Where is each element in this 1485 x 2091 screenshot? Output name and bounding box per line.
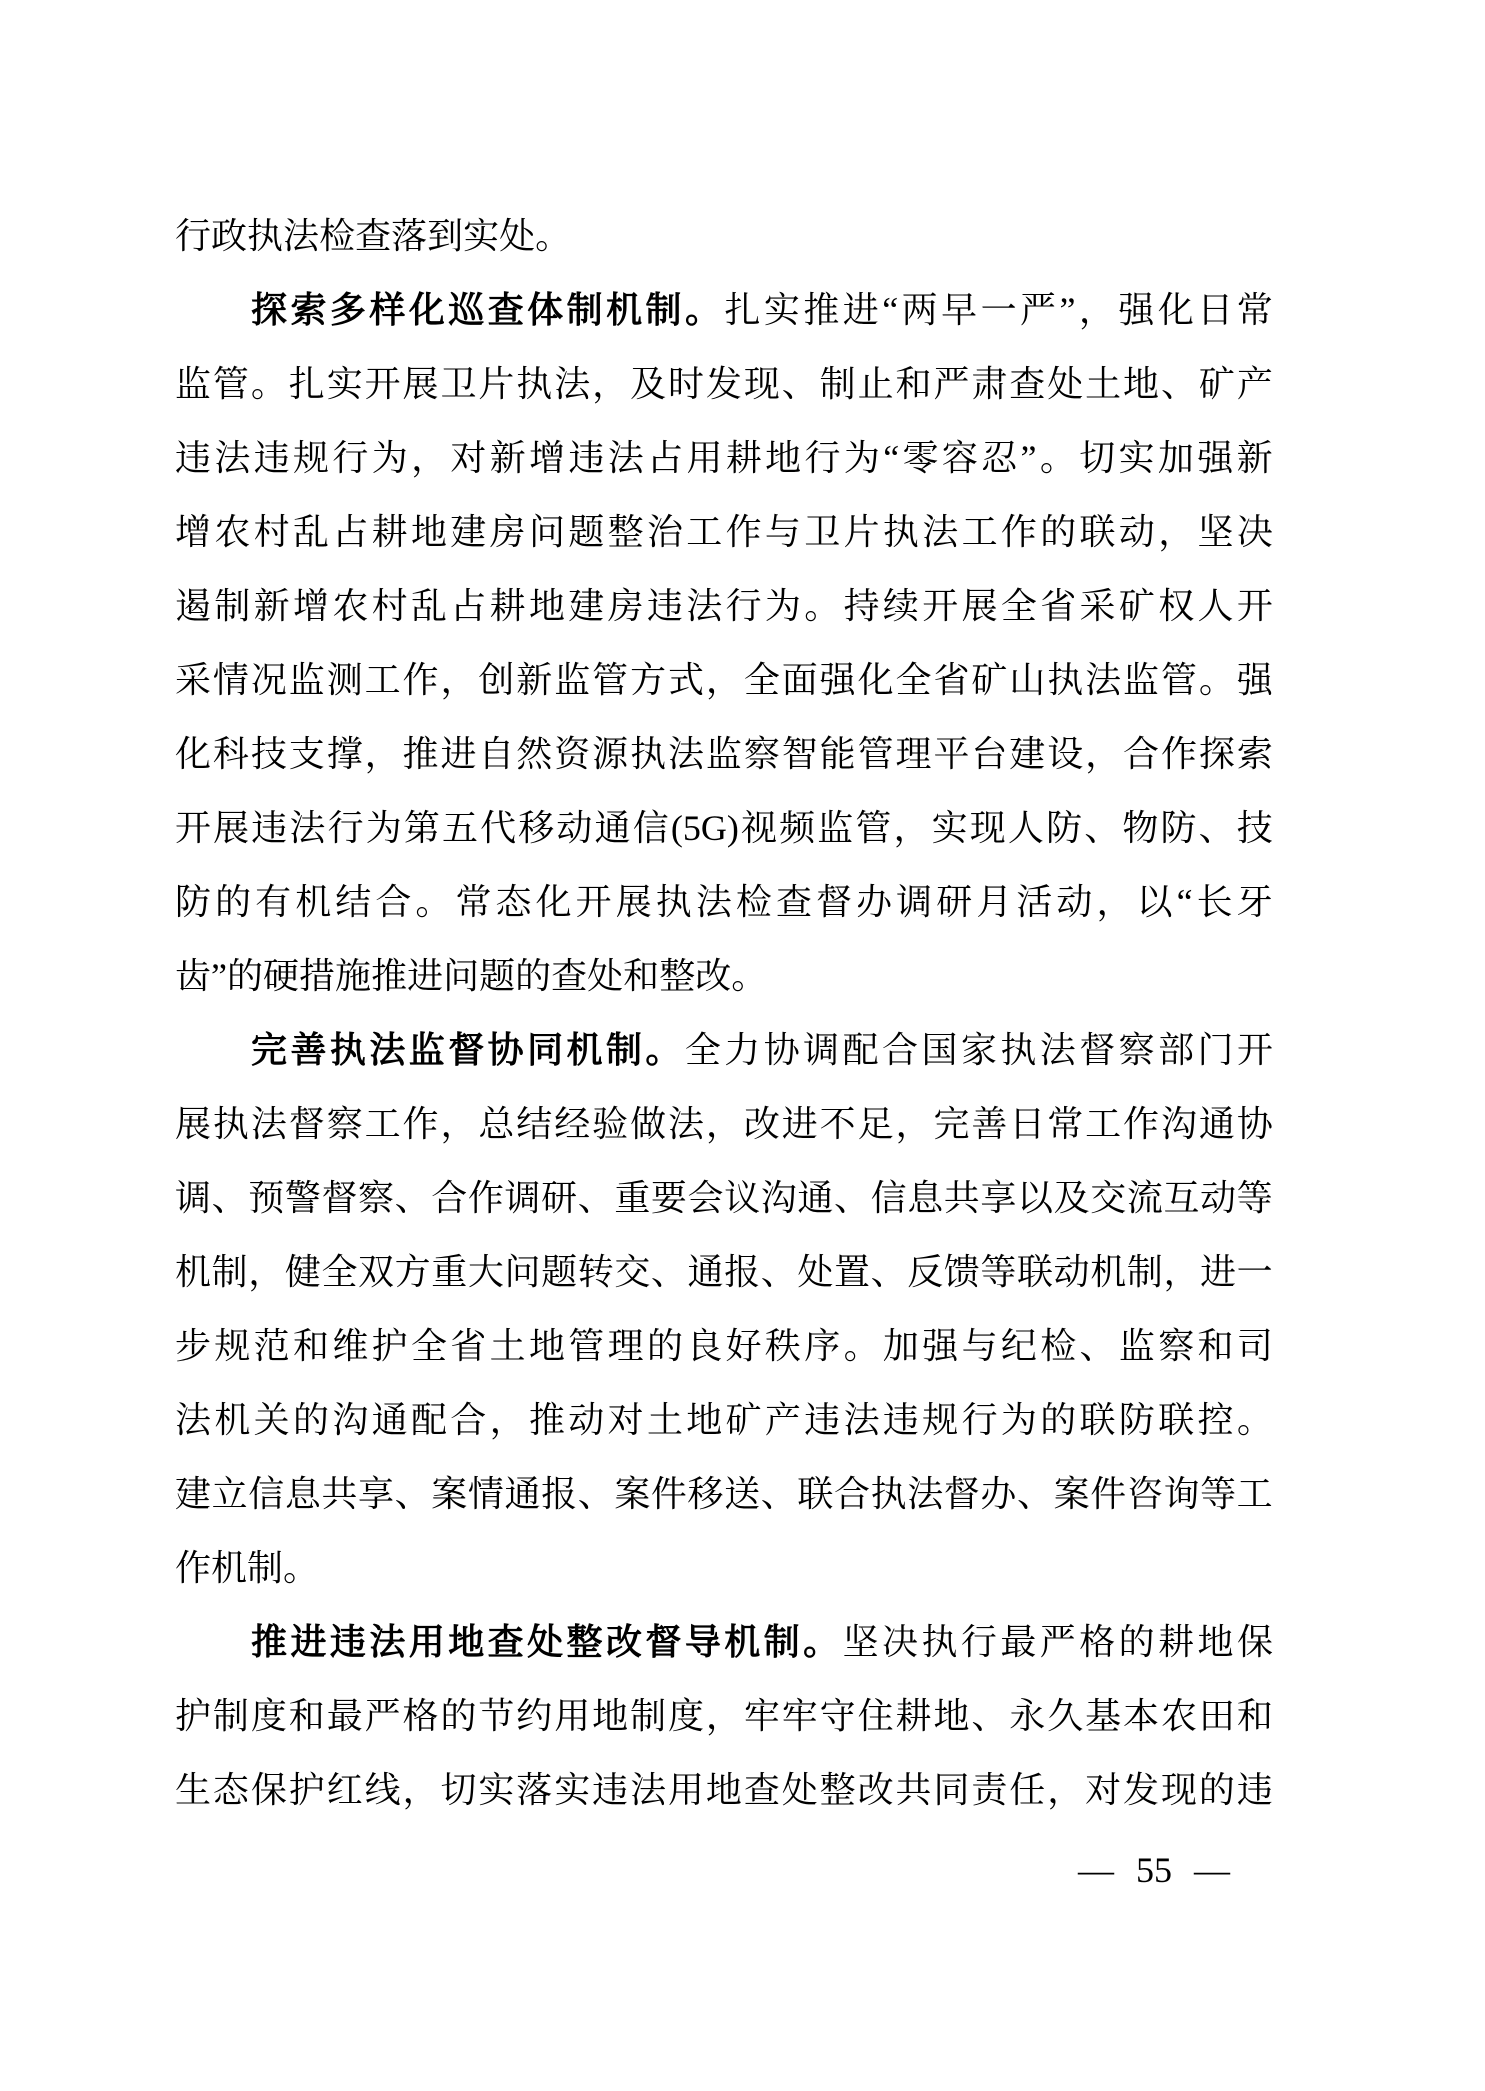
paragraph-lead-text: 处 [527, 1605, 563, 1679]
body-text: 作 [1161, 717, 1197, 791]
paragraph-lead-text: 监 [409, 1013, 445, 1087]
body-text: 全 [744, 643, 780, 717]
paragraph-lead-text: 同 [527, 1013, 563, 1087]
body-text: 通 [1199, 1087, 1235, 1161]
body-text: 住 [858, 1679, 894, 1753]
body-text: 采 [175, 643, 211, 717]
body-text: 执 [630, 717, 666, 791]
body-text: 督 [321, 1161, 357, 1235]
body-text: 展 [962, 569, 998, 643]
body-text: 察 [1158, 1309, 1194, 1383]
body-text: 严 [1040, 1605, 1076, 1679]
body-text: 况 [251, 643, 287, 717]
body-text: 报 [724, 1235, 760, 1309]
body-text: 展 [213, 791, 249, 865]
body-text: 方 [630, 643, 666, 717]
body-text: 题 [479, 939, 515, 1013]
body-text: 移 [688, 1457, 724, 1531]
body-text: 和 [896, 347, 932, 421]
body-text: 田 [1199, 1679, 1235, 1753]
body-text: 为 [366, 791, 402, 865]
body-text: 物 [1122, 791, 1158, 865]
body-text: 以 [1017, 1161, 1053, 1235]
body-text: 实 [554, 1753, 590, 1827]
body-text: “ [883, 421, 899, 495]
body-text: 齿 [175, 939, 211, 1013]
body-text: 关 [254, 1383, 290, 1457]
body-text: 线 [365, 1753, 401, 1827]
body-text: 享 [980, 1161, 1016, 1235]
body-text: 展 [175, 1087, 211, 1161]
body-text: 政 [211, 199, 247, 273]
body-text: 开 [365, 347, 401, 421]
text-line: 遏制新增农村乱占耕地建房违法行为。持续开展全省采矿权人开 [175, 569, 1273, 643]
body-text: 作 [403, 643, 439, 717]
body-text: 违 [1237, 1753, 1273, 1827]
body-text: 严 [933, 347, 969, 421]
body-text: 加 [1158, 421, 1194, 495]
paragraph-lead-text: 整 [567, 1605, 603, 1679]
body-text: 实 [764, 273, 800, 347]
body-text: 地 [706, 1753, 742, 1827]
text-line: 生态保护红线，切实落实违法用地查处整改共同责任，对发现的违 [175, 1753, 1273, 1827]
body-text: 、 [971, 1679, 1007, 1753]
body-text: 、 [782, 347, 818, 421]
body-text: 以 [1137, 865, 1173, 939]
body-text: 联 [1017, 1235, 1053, 1309]
body-text: 处 [1047, 347, 1083, 421]
body-text: 交 [1090, 1161, 1126, 1235]
body-text: “ [1177, 865, 1193, 939]
body-text: 。 [1040, 421, 1076, 495]
body-text: 重 [614, 1161, 650, 1235]
text-line: 建立信息共享、案情通报、案件移送、联合执法督办、案件咨询等工 [175, 1457, 1273, 1531]
body-text: 督 [944, 1457, 980, 1531]
body-text: 度 [668, 1679, 704, 1753]
body-text: 信 [633, 791, 669, 865]
paragraph-lead-text: 地 [448, 1605, 484, 1679]
body-text: 力 [724, 1013, 760, 1087]
body-text: 强 [820, 643, 856, 717]
body-text: 落 [516, 1753, 552, 1827]
body-text: 机 [175, 1235, 211, 1309]
body-text: 探 [1199, 717, 1235, 791]
body-text: 合 [375, 865, 411, 939]
body-text: 决 [882, 1605, 918, 1679]
body-text: 工 [365, 643, 401, 717]
body-text: 调 [504, 1161, 540, 1235]
body-text: 处 [499, 199, 535, 273]
body-text: 协 [1237, 1087, 1273, 1161]
body-text: 化 [1158, 273, 1194, 347]
body-text: 执 [213, 1087, 249, 1161]
body-text: 到 [427, 199, 463, 273]
body-text: ” [211, 939, 227, 1013]
body-text: 法 [696, 865, 732, 939]
paragraph-lead-text: 执 [330, 1013, 366, 1087]
body-text: 基 [1085, 1679, 1121, 1753]
text-line: 推进违法用地查处整改督导机制。坚决执行最严格的耕地保 [175, 1605, 1273, 1679]
body-text: “ [882, 273, 898, 347]
body-text: 处 [587, 939, 623, 1013]
body-text: 制 [630, 1679, 666, 1753]
body-text: 行 [332, 421, 368, 495]
body-text: 监 [1123, 643, 1159, 717]
text-line: 展执法督察工作，总结经验做法，改进不足，完善日常工作沟通协 [175, 1087, 1273, 1161]
text-line: 护制度和最严格的节约用地制度，牢牢守住耕地、永久基本农田和 [175, 1679, 1273, 1753]
body-text: 工 [686, 495, 722, 569]
body-text: 农 [332, 569, 368, 643]
body-text: 合 [1123, 717, 1159, 791]
body-text: 做 [630, 1087, 666, 1161]
body-text: 查 [776, 865, 812, 939]
paragraph-lead-text: 多 [330, 273, 366, 347]
body-text: 撑 [327, 717, 363, 791]
body-text: 作 [468, 1161, 504, 1235]
body-text: 法 [608, 421, 644, 495]
body-text: 矿 [971, 643, 1007, 717]
body-text: 度 [251, 1679, 287, 1753]
body-text: 作 [175, 1531, 211, 1605]
body-text: 制 [212, 1235, 248, 1309]
body-text: 司 [1237, 1309, 1273, 1383]
body-text: 违 [883, 1383, 919, 1457]
body-text: 动 [1200, 1161, 1236, 1235]
body-text: 零 [903, 421, 939, 495]
body-text: 息 [285, 1457, 321, 1531]
body-text: 件 [651, 1457, 687, 1531]
body-text: 。 [251, 347, 287, 421]
body-text: 检 [1040, 1309, 1076, 1383]
paragraph-lead-text: 体 [527, 273, 563, 347]
body-text: 对 [608, 1383, 644, 1457]
body-text: 执 [883, 495, 919, 569]
body-text: 耕 [1158, 1605, 1194, 1679]
body-text: 互 [1163, 1161, 1199, 1235]
body-text: 配 [843, 1013, 879, 1087]
body-text: 建 [450, 495, 486, 569]
body-text: 享 [358, 1457, 394, 1531]
body-text: 早 [941, 273, 977, 347]
body-text: 处 [797, 1235, 833, 1309]
body-text: 进 [440, 717, 476, 791]
body-text: 、 [871, 1235, 907, 1309]
paragraph-lead-text: 违 [330, 1605, 366, 1679]
body-text: ， [440, 1087, 476, 1161]
body-text: 防 [175, 865, 211, 939]
body-text: 红 [327, 1753, 363, 1827]
body-text: 频 [779, 791, 815, 865]
body-text: ， [896, 1087, 932, 1161]
body-text: 管 [592, 643, 628, 717]
body-text: 违 [175, 421, 211, 495]
paragraph-lead-text: 完 [251, 1013, 287, 1087]
paragraph-lead-text: 化 [409, 273, 445, 347]
body-text: 产 [765, 1383, 801, 1457]
body-text: 制 [1127, 1235, 1163, 1309]
text-line: 机制，健全双方重大问题转交、通报、处置、反馈等联动机制，进一 [175, 1235, 1273, 1309]
body-text: 守 [820, 1679, 856, 1753]
body-text: 态 [213, 1753, 249, 1827]
text-line: 完善执法监督协同机制。全力协调配合国家执法督察部门开 [175, 1013, 1273, 1087]
body-text: 房 [490, 495, 526, 569]
body-text: 管 [858, 717, 894, 791]
body-text: 监 [175, 347, 211, 421]
body-text: 验 [592, 1087, 628, 1161]
body-text: 土 [490, 1309, 526, 1383]
body-text: 护 [175, 1679, 211, 1753]
body-text: 通 [595, 791, 631, 865]
text-line: 行政执法检查落到实处。 [175, 199, 1273, 273]
body-text: 部 [1158, 1013, 1194, 1087]
body-text: 案 [431, 1457, 467, 1531]
body-text: 序 [804, 1309, 840, 1383]
body-text: 矿 [1119, 569, 1155, 643]
body-text: 地 [1123, 347, 1159, 421]
body-text: ， [403, 1753, 439, 1827]
body-text: 法 [251, 1087, 287, 1161]
body-text: 全 [685, 1013, 721, 1087]
body-text: 、 [395, 1457, 431, 1531]
paragraph-lead-text: 查 [488, 1605, 524, 1679]
body-text: 、 [1017, 1457, 1053, 1531]
body-text: 实 [327, 347, 363, 421]
body-text: 土 [1085, 347, 1121, 421]
body-text: 生 [175, 1753, 211, 1827]
body-text: 件 [1090, 1457, 1126, 1531]
body-text: 联 [797, 1457, 833, 1531]
body-text: 严 [365, 1679, 401, 1753]
body-text: 工 [962, 495, 998, 569]
body-text: 议 [724, 1161, 760, 1235]
body-text: 的 [1199, 1753, 1235, 1827]
body-text: 置 [834, 1235, 870, 1309]
body-text: 范 [254, 1309, 290, 1383]
body-text: 情 [468, 1457, 504, 1531]
paragraph-lead-text: 制 [646, 273, 682, 347]
body-text: 防 [1046, 791, 1082, 865]
body-text: 措 [299, 939, 335, 1013]
body-text: 研 [541, 1161, 577, 1235]
body-text: 对 [1085, 1753, 1121, 1827]
paragraph-lead-text: 改 [606, 1605, 642, 1679]
body-text: 馈 [944, 1235, 980, 1309]
body-text: 技 [251, 717, 287, 791]
body-text: 合 [450, 1383, 486, 1457]
body-text: 开 [1237, 1013, 1273, 1087]
body-text: 察 [1119, 1013, 1155, 1087]
paragraph-lead-text: 机 [567, 1013, 603, 1087]
body-text: 沟 [761, 1161, 797, 1235]
body-text: 进 [1200, 1235, 1236, 1309]
body-text: 新 [490, 421, 526, 495]
body-text: 制 [820, 347, 856, 421]
body-text: 推 [529, 1383, 565, 1457]
body-text: 法 [1085, 643, 1121, 717]
body-text: 乱 [411, 569, 447, 643]
body-text: 现 [744, 347, 780, 421]
body-text: 人 [1198, 569, 1234, 643]
body-text: 、 [578, 1161, 614, 1235]
body-text: 监 [817, 791, 853, 865]
body-text: 整 [608, 495, 644, 569]
body-text: 查 [355, 199, 391, 273]
body-text: 新 [516, 643, 552, 717]
footer-dash-right: — [1194, 1849, 1230, 1891]
body-text: 督 [816, 865, 852, 939]
body-text: 工 [365, 1087, 401, 1161]
body-text: 农 [1161, 1679, 1197, 1753]
body-text: 省 [1040, 569, 1076, 643]
body-text: 违 [592, 1753, 628, 1827]
body-text: 两 [902, 273, 938, 347]
body-text: 督 [289, 1087, 325, 1161]
body-text: 和 [1198, 1309, 1234, 1383]
body-text: 违 [568, 421, 604, 495]
body-text: 沟 [332, 1383, 368, 1457]
body-text: 报 [541, 1457, 577, 1531]
body-text: 双 [358, 1235, 394, 1309]
body-text: 动 [1054, 1235, 1090, 1309]
body-text: 护 [289, 1753, 325, 1827]
body-text: 及 [630, 347, 666, 421]
body-text: 地 [529, 569, 565, 643]
body-text: 法 [283, 199, 319, 273]
body-text: 地 [592, 1679, 628, 1753]
body-text: 办 [980, 1457, 1016, 1531]
body-text: 。 [283, 1531, 319, 1605]
body-text: 持 [844, 569, 880, 643]
body-text: 监 [1119, 1309, 1155, 1383]
body-text: 实 [478, 1753, 514, 1827]
body-text: 法 [922, 495, 958, 569]
body-text: 的 [1040, 1383, 1076, 1457]
paragraph-lead-text: 机 [724, 1605, 760, 1679]
body-text: 通 [797, 1161, 833, 1235]
body-text: 等 [980, 1235, 1016, 1309]
body-text: 警 [285, 1161, 321, 1235]
body-text: 建 [1009, 717, 1045, 791]
body-text: 法 [175, 1383, 211, 1457]
body-text: 。 [1199, 643, 1235, 717]
body-text: 乱 [293, 495, 329, 569]
body-text: 法 [668, 1087, 704, 1161]
body-text: 改 [695, 939, 731, 1013]
body-text: 全 [321, 1235, 357, 1309]
body-text: 作 [726, 495, 762, 569]
body-text: ， [1085, 717, 1121, 791]
body-text: 调 [896, 865, 932, 939]
body-text: 行 [805, 421, 841, 495]
body-text: 产 [1237, 347, 1273, 421]
body-text: 卫 [804, 495, 840, 569]
body-text: 和 [293, 1309, 329, 1383]
body-text: 开 [175, 791, 211, 865]
body-text: 协 [764, 1013, 800, 1087]
body-text: 发 [706, 347, 742, 421]
body-text: 索 [1237, 717, 1273, 791]
body-text: 、 [578, 1457, 614, 1531]
body-text: 强 [1118, 273, 1154, 347]
body-text: 通 [504, 1457, 540, 1531]
paragraph-lead-text: 法 [369, 1605, 405, 1679]
body-text: 通 [688, 1235, 724, 1309]
text-line: 增农村乱占耕地建房问题整治工作与卫片执法工作的联动，坚决 [175, 495, 1273, 569]
body-text: 健 [285, 1235, 321, 1309]
body-text: 。 [731, 939, 767, 1013]
body-text: 及 [1054, 1161, 1090, 1235]
body-text: 长 [1197, 865, 1233, 939]
body-text: 反 [907, 1235, 943, 1309]
document-body: 行政执法检查落到实处。探索多样化巡查体制机制。扎实推进“两早一严”，强化日常监管… [175, 199, 1273, 1827]
paragraph-lead-text: 探 [251, 273, 287, 347]
body-text: 代 [480, 791, 516, 865]
body-text: 问 [504, 1235, 540, 1309]
body-text: 处 [782, 1753, 818, 1827]
body-text: 平 [933, 717, 969, 791]
body-text: 增 [293, 569, 329, 643]
body-text: 问 [529, 495, 565, 569]
body-text: 办 [856, 865, 892, 939]
body-text: 、 [761, 1235, 797, 1309]
body-text: 牢 [744, 1679, 780, 1753]
body-text: 改 [744, 1087, 780, 1161]
paragraph-lead-text: 进 [290, 1605, 326, 1679]
body-text: 整 [659, 939, 695, 1013]
body-text: 地 [765, 421, 801, 495]
body-text: 机 [1090, 1235, 1126, 1309]
body-text: 化 [858, 643, 894, 717]
body-text: 活 [1016, 865, 1052, 939]
body-text: 会 [688, 1161, 724, 1235]
body-text: 的 [1040, 495, 1076, 569]
body-text: 扎 [289, 347, 325, 421]
body-text: 执 [1047, 643, 1083, 717]
body-text: 为 [765, 569, 801, 643]
body-text: 方 [395, 1235, 431, 1309]
text-line: 法机关的沟通配合，推动对土地矿产违法违规行为的联防联控。 [175, 1383, 1273, 1457]
body-text: 门 [1198, 1013, 1234, 1087]
body-text: 测 [327, 643, 363, 717]
body-text: 管 [568, 1309, 604, 1383]
body-text: 视 [741, 791, 777, 865]
body-text: 察 [744, 717, 780, 791]
body-text: 为 [372, 421, 408, 495]
body-text: 智 [782, 717, 818, 791]
body-text: 控 [1198, 1383, 1234, 1457]
body-text: 新 [1237, 421, 1273, 495]
body-text: 总 [478, 1087, 514, 1161]
body-text: 沟 [1161, 1087, 1197, 1161]
body-text: ， [490, 1383, 526, 1457]
body-text: 常 [1237, 273, 1273, 347]
body-text: 题 [541, 1235, 577, 1309]
body-text: 对 [450, 421, 486, 495]
body-text: 共 [944, 1161, 980, 1235]
body-text: 防 [1119, 1383, 1155, 1457]
body-text: 法 [214, 421, 250, 495]
body-text: 大 [468, 1235, 504, 1309]
body-text: 房 [608, 569, 644, 643]
body-text: 联 [1080, 1383, 1116, 1457]
body-text: 共 [896, 1753, 932, 1827]
body-text: 制 [214, 569, 250, 643]
body-text: 化 [175, 717, 211, 791]
body-text: 推 [371, 939, 407, 1013]
body-text: 改 [858, 1753, 894, 1827]
body-text: 监 [554, 643, 590, 717]
body-text: 建 [175, 1457, 211, 1531]
